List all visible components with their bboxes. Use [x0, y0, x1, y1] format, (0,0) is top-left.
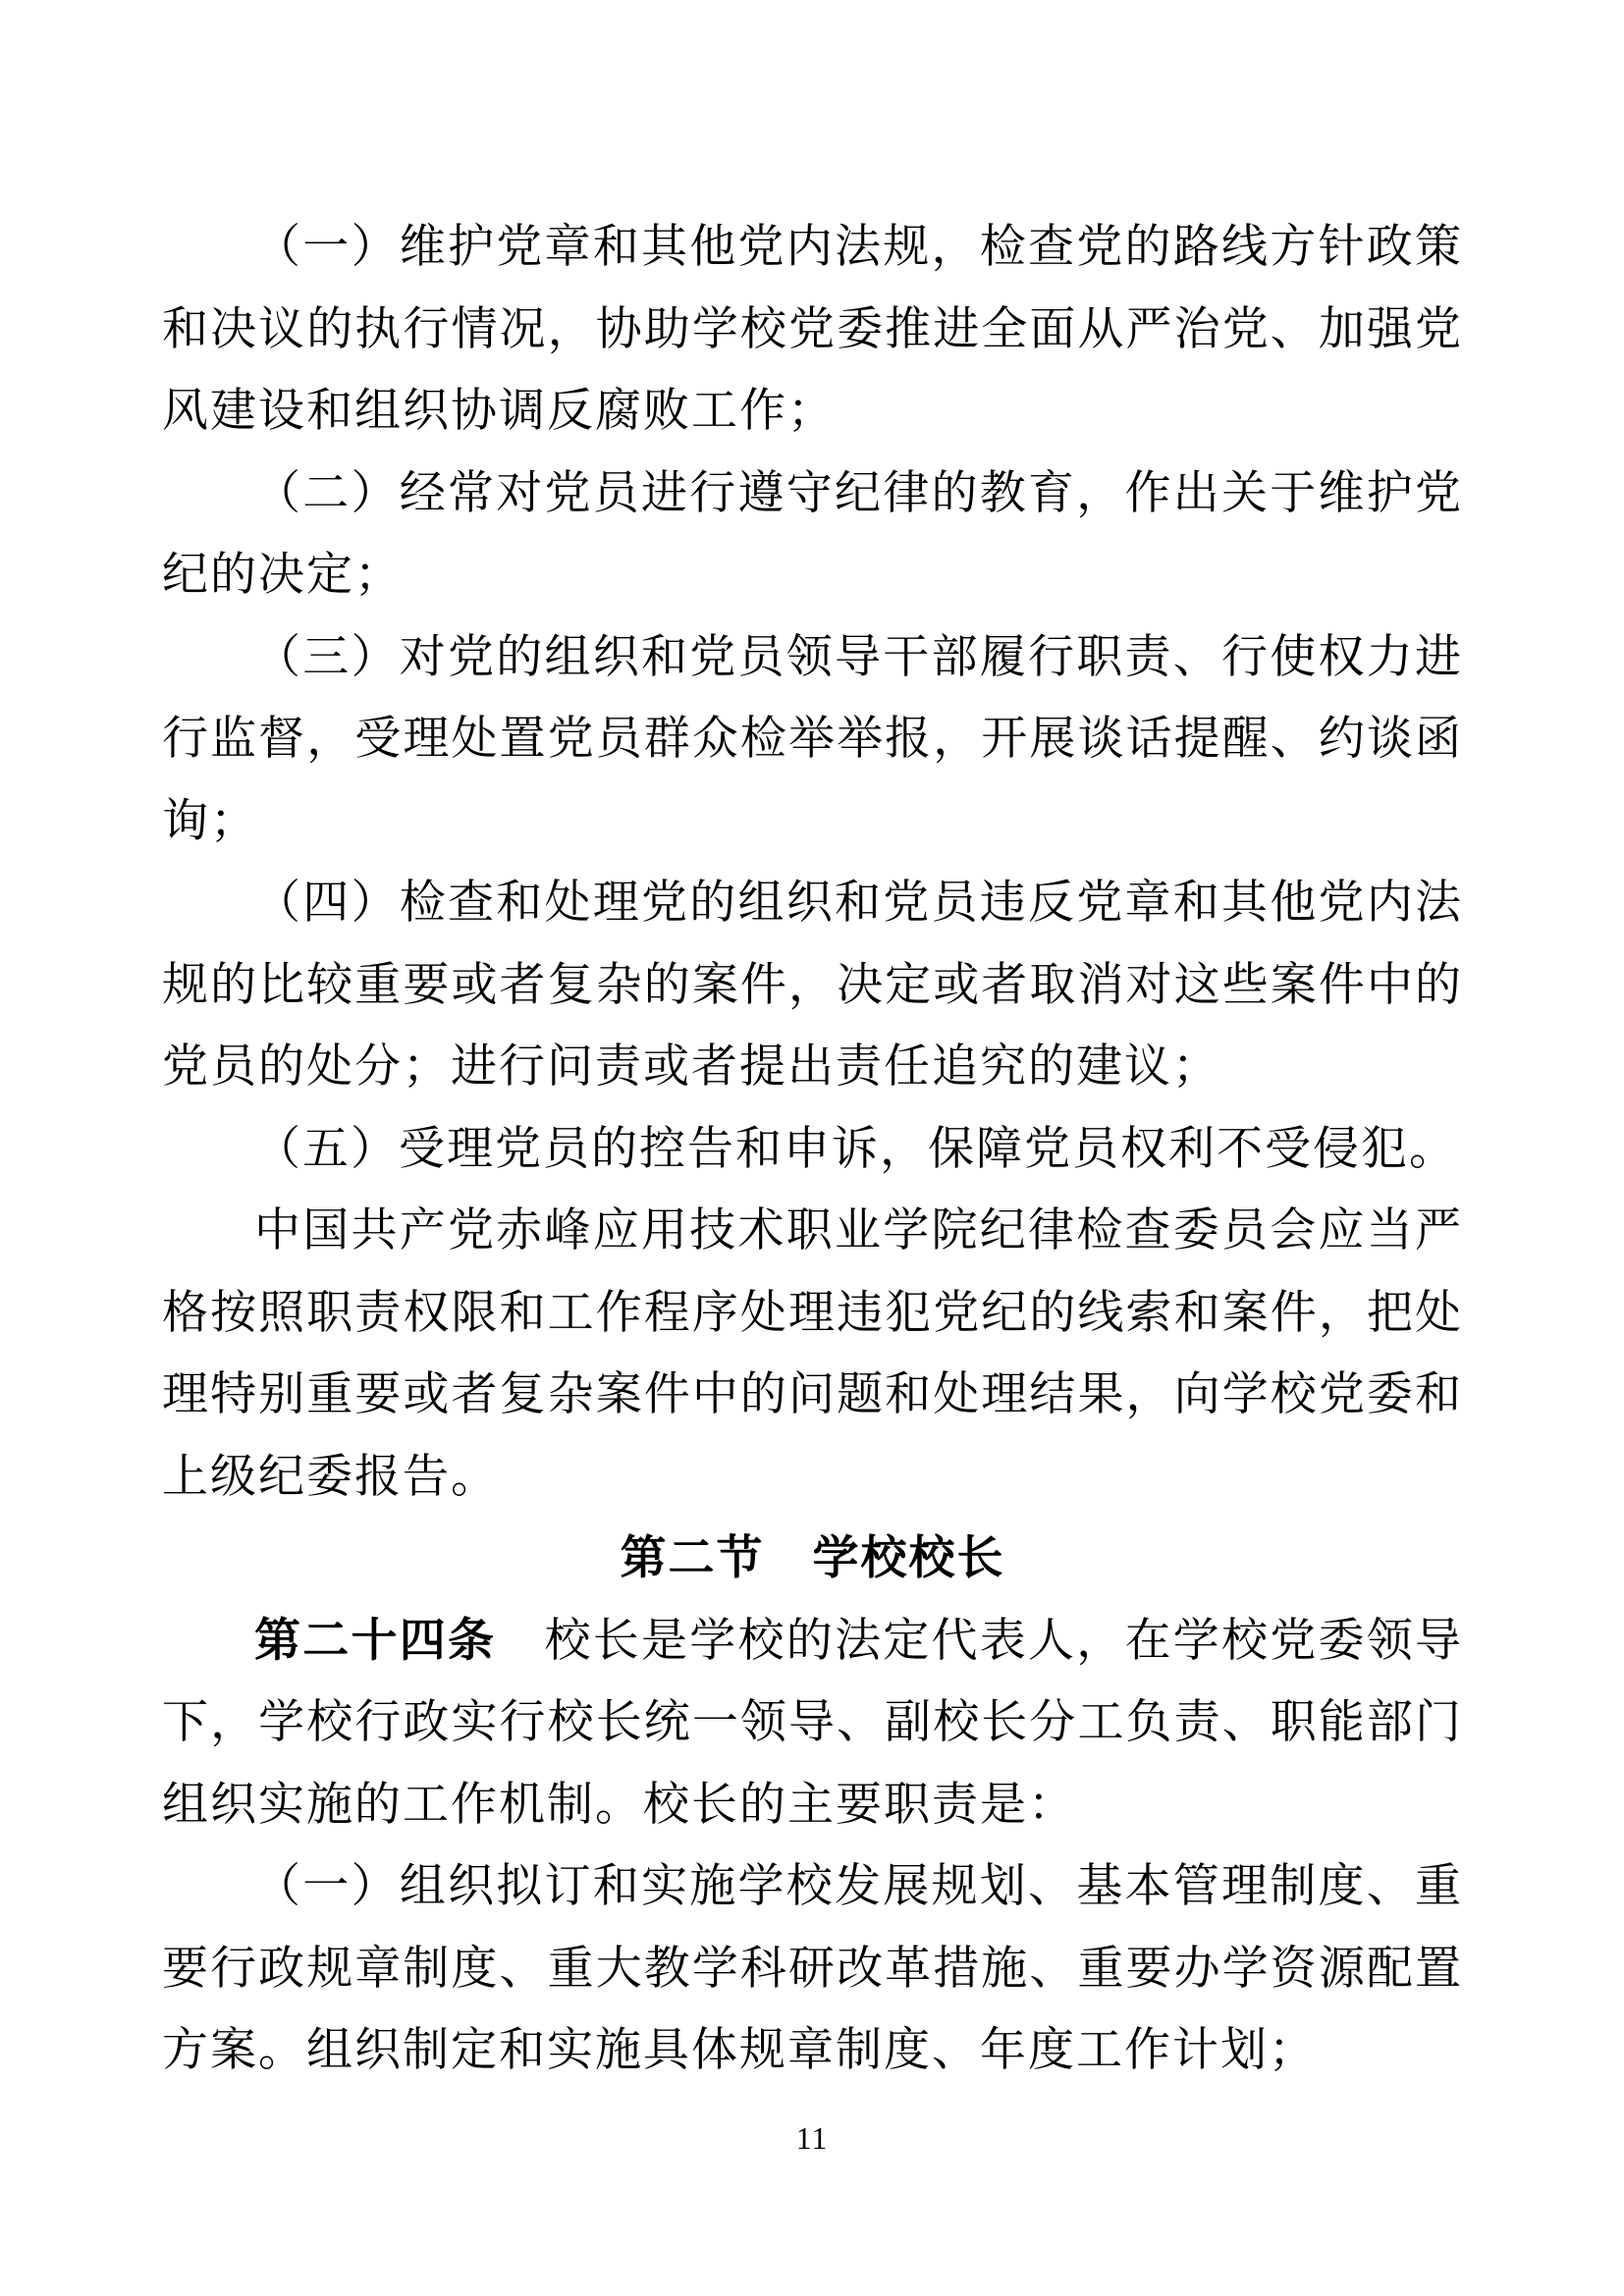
- body-paragraph: （一）维护党章和其他党内法规，检查党的路线方针政策和决议的执行情况，协助学校党委…: [162, 207, 1463, 454]
- section-heading: 第二节 学校校长: [162, 1519, 1463, 1601]
- body-paragraph: 中国共产党赤峰应用技术职业学院纪律检查委员会应当严格按照职责权限和工作程序处理违…: [162, 1191, 1463, 1519]
- page-footer: 11: [0, 2118, 1624, 2158]
- body-paragraph: （二）经常对党员进行遵守纪律的教育，作出关于维护党纪的决定；: [162, 454, 1463, 617]
- article-number: 第二十四条: [254, 1616, 496, 1667]
- body-paragraph: （四）检查和处理党的组织和党员违反党章和其他党内法规的比较重要或者复杂的案件，决…: [162, 863, 1463, 1109]
- body-paragraph: （三）对党的组织和党员领导干部履行职责、行使权力进行监督，受理处置党员群众检举举…: [162, 617, 1463, 864]
- page-number: 11: [796, 2120, 829, 2156]
- document-body: （一）维护党章和其他党内法规，检查党的路线方针政策和决议的执行情况，协助学校党委…: [162, 207, 1463, 2093]
- body-paragraph: （五）受理党员的控告和申诉，保障党员权利不受侵犯。: [162, 1109, 1463, 1192]
- body-paragraph: （一）组织拟订和实施学校发展规划、基本管理制度、重要行政规章制度、重大教学科研改…: [162, 1846, 1463, 2093]
- document-page: { "page": { "number": "11", "background"…: [0, 0, 1624, 2296]
- article-paragraph: 第二十四条 校长是学校的法定代表人，在学校党委领导下，学校行政实行校长统一领导、…: [162, 1601, 1463, 1847]
